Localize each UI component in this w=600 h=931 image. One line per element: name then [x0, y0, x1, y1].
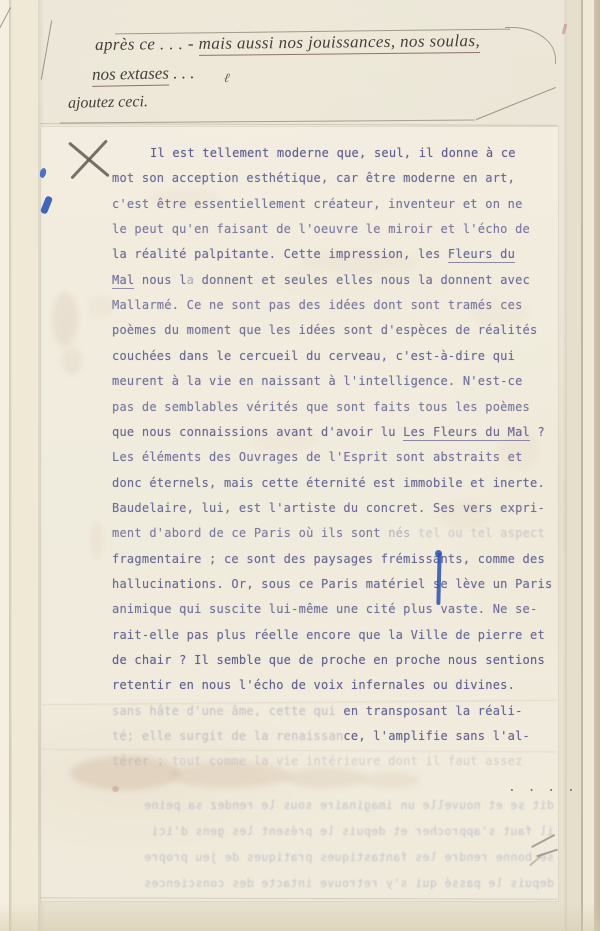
typed-text: Il est tellement moderne que, seul, il d… — [150, 146, 516, 160]
typed-underlined-text: Fleurs du — [448, 247, 515, 263]
left-page-edge — [0, 0, 9, 931]
typed-text: couchées dans le cercueil du cerveau, c'… — [112, 349, 515, 363]
typed-text: mot son acception esthétique, car être m… — [112, 171, 515, 185]
typed-line: hallucinations. Or, sous ce Paris matéri… — [112, 577, 552, 591]
handwritten-line-2: nos extases . . . — [92, 63, 195, 85]
typed-text: ment d'abord de ce Paris où ils sont — [112, 526, 388, 540]
handwritten-underlined-text: mais aussi nos jouissances, nos soulas, — [198, 31, 480, 56]
blue-ink-blob — [435, 550, 442, 557]
handwritten-underlined-text: nos extases — [92, 64, 169, 87]
typed-line: pas de semblables vérités que sont faits… — [112, 400, 530, 414]
typed-line: de chair ? Il semble que de proche en pr… — [112, 653, 545, 667]
typed-line: sans hâte d'une âme, cette qui en transp… — [112, 704, 523, 718]
typed-line: meurent à la vie en naissant à l'intelli… — [112, 374, 523, 388]
typed-line: Mal nous la donnent et seules elles nous… — [112, 273, 530, 287]
typed-line: donc éternels, mais cette éternité est i… — [112, 476, 545, 490]
typed-text: Les éléments des Ouvrages de l'Esprit so… — [112, 450, 523, 464]
typed-text: sans hâte d'une âme, cette qui — [112, 704, 343, 718]
typed-line: Il est tellement moderne que, seul, il d… — [150, 146, 516, 160]
typed-text: de chair ? Il semble que de proche en pr… — [112, 653, 545, 667]
typed-text: hallucinations. Or, sous ce Paris matéri… — [112, 577, 552, 591]
right-page-edge-b — [583, 0, 594, 931]
typed-text: la réalité palpitante. Cette impression,… — [112, 247, 448, 261]
typed-text: térer ; tout comme la vie intérieure don… — [112, 754, 523, 768]
typed-text: meurent à la vie en naissant à l'intelli… — [112, 374, 523, 388]
typed-text: que nous connaissions avant d'avoir lu — [112, 425, 403, 439]
ellipsis-dots: . . . . — [508, 780, 577, 795]
handwritten-text: . . . — [169, 63, 195, 82]
typed-text: rait-elle pas plus réelle encore que la … — [112, 628, 545, 642]
typed-underlined-text: Les Fleurs du Mal — [403, 425, 530, 441]
bottom-page-shade — [0, 902, 600, 931]
typed-line: le peut qu'en faisant de l'oeuvre le mir… — [112, 222, 530, 236]
typed-text: poèmes du moment que les idées sont d'es… — [112, 323, 537, 337]
typed-text: c'est être essentiellement créateur, inv… — [112, 197, 523, 211]
typed-line: Baudelaire, lui, est l'artiste du concre… — [112, 501, 545, 515]
bleedthrough-line: dit se et nouvelle un imaginaire sous le… — [98, 798, 554, 812]
typed-line: té; elle surgit de la renaissance, l'amp… — [112, 729, 530, 743]
typed-line: que nous connaissions avant d'avoir lu L… — [112, 425, 545, 439]
typed-line: c'est être essentiellement créateur, inv… — [112, 197, 523, 211]
typed-text: nous l — [134, 273, 186, 287]
bleedthrough-line: se bonne rendre les fantastiques pratiqu… — [98, 850, 554, 864]
typed-text: té; elle surgit de la renaissan — [112, 729, 343, 743]
typed-underlined-text: Mal — [112, 273, 134, 289]
typed-line: couchées dans le cercueil du cerveau, c'… — [112, 349, 515, 363]
typed-line: térer ; tout comme la vie intérieure don… — [112, 754, 523, 768]
typed-line: rait-elle pas plus réelle encore que la … — [112, 628, 545, 642]
bleedthrough-line: il faut s'approcher et depuis le présent… — [98, 824, 554, 838]
typed-text: Baudelaire, lui, est l'artiste du concre… — [112, 501, 545, 515]
typed-line: poèmes du moment que les idées sont d'es… — [112, 323, 537, 337]
typed-text: ce, l'amplifie sans l'al- — [343, 729, 530, 743]
typed-text: fragmentaire ; ce sont des paysages frém… — [112, 552, 545, 566]
scan-background-right — [594, 0, 600, 931]
left-margin-strip — [12, 0, 38, 931]
typed-text: a — [187, 273, 194, 287]
typed-line: la réalité palpitante. Cette impression,… — [112, 247, 515, 261]
typed-line: fragmentaire ; ce sont des paysages frém… — [112, 552, 545, 566]
bleedthrough-line: depuis le passé qui s'y retrouve intacte… — [98, 876, 554, 890]
handwritten-line-1: après ce . . . - mais aussi nos jouissan… — [95, 31, 480, 55]
typed-text: nés — [388, 526, 418, 540]
typed-text: animique qui suscite lui-même une cité p… — [112, 602, 537, 616]
typed-text: donnent et seules elles nous la donnent … — [194, 273, 530, 287]
typed-line: ment d'abord de ce Paris où ils sont nés… — [112, 526, 545, 540]
typed-text: le peut qu'en faisant de l'oeuvre le mir… — [112, 222, 530, 236]
typed-line: mot son acception esthétique, car être m… — [112, 171, 515, 185]
typed-text: tel ou tel aspect — [418, 526, 545, 540]
typed-text: en transposant la réali- — [343, 704, 522, 718]
typed-line: Les éléments des Ouvrages de l'Esprit so… — [112, 450, 523, 464]
scanned-manuscript-page: Il est tellement moderne que, seul, il d… — [0, 0, 600, 931]
typed-text: Mallarmé. Ce ne sont pas des idées dont … — [112, 298, 523, 312]
typed-text: donc éternels, mais cette éternité est i… — [112, 476, 545, 490]
typed-line: Mallarmé. Ce ne sont pas des idées dont … — [112, 298, 523, 312]
typed-text: pas de semblables vérités que sont faits… — [112, 400, 530, 414]
typed-text: retentir en nous l'écho de voix infernal… — [112, 678, 515, 692]
typed-line: retentir en nous l'écho de voix infernal… — [112, 678, 515, 692]
handwritten-text: après ce . . . - — [95, 34, 199, 54]
handwritten-line-3: ajoutez ceci. — [68, 93, 148, 113]
typed-text: ? — [530, 425, 545, 439]
typed-line: animique qui suscite lui-même une cité p… — [112, 602, 537, 616]
